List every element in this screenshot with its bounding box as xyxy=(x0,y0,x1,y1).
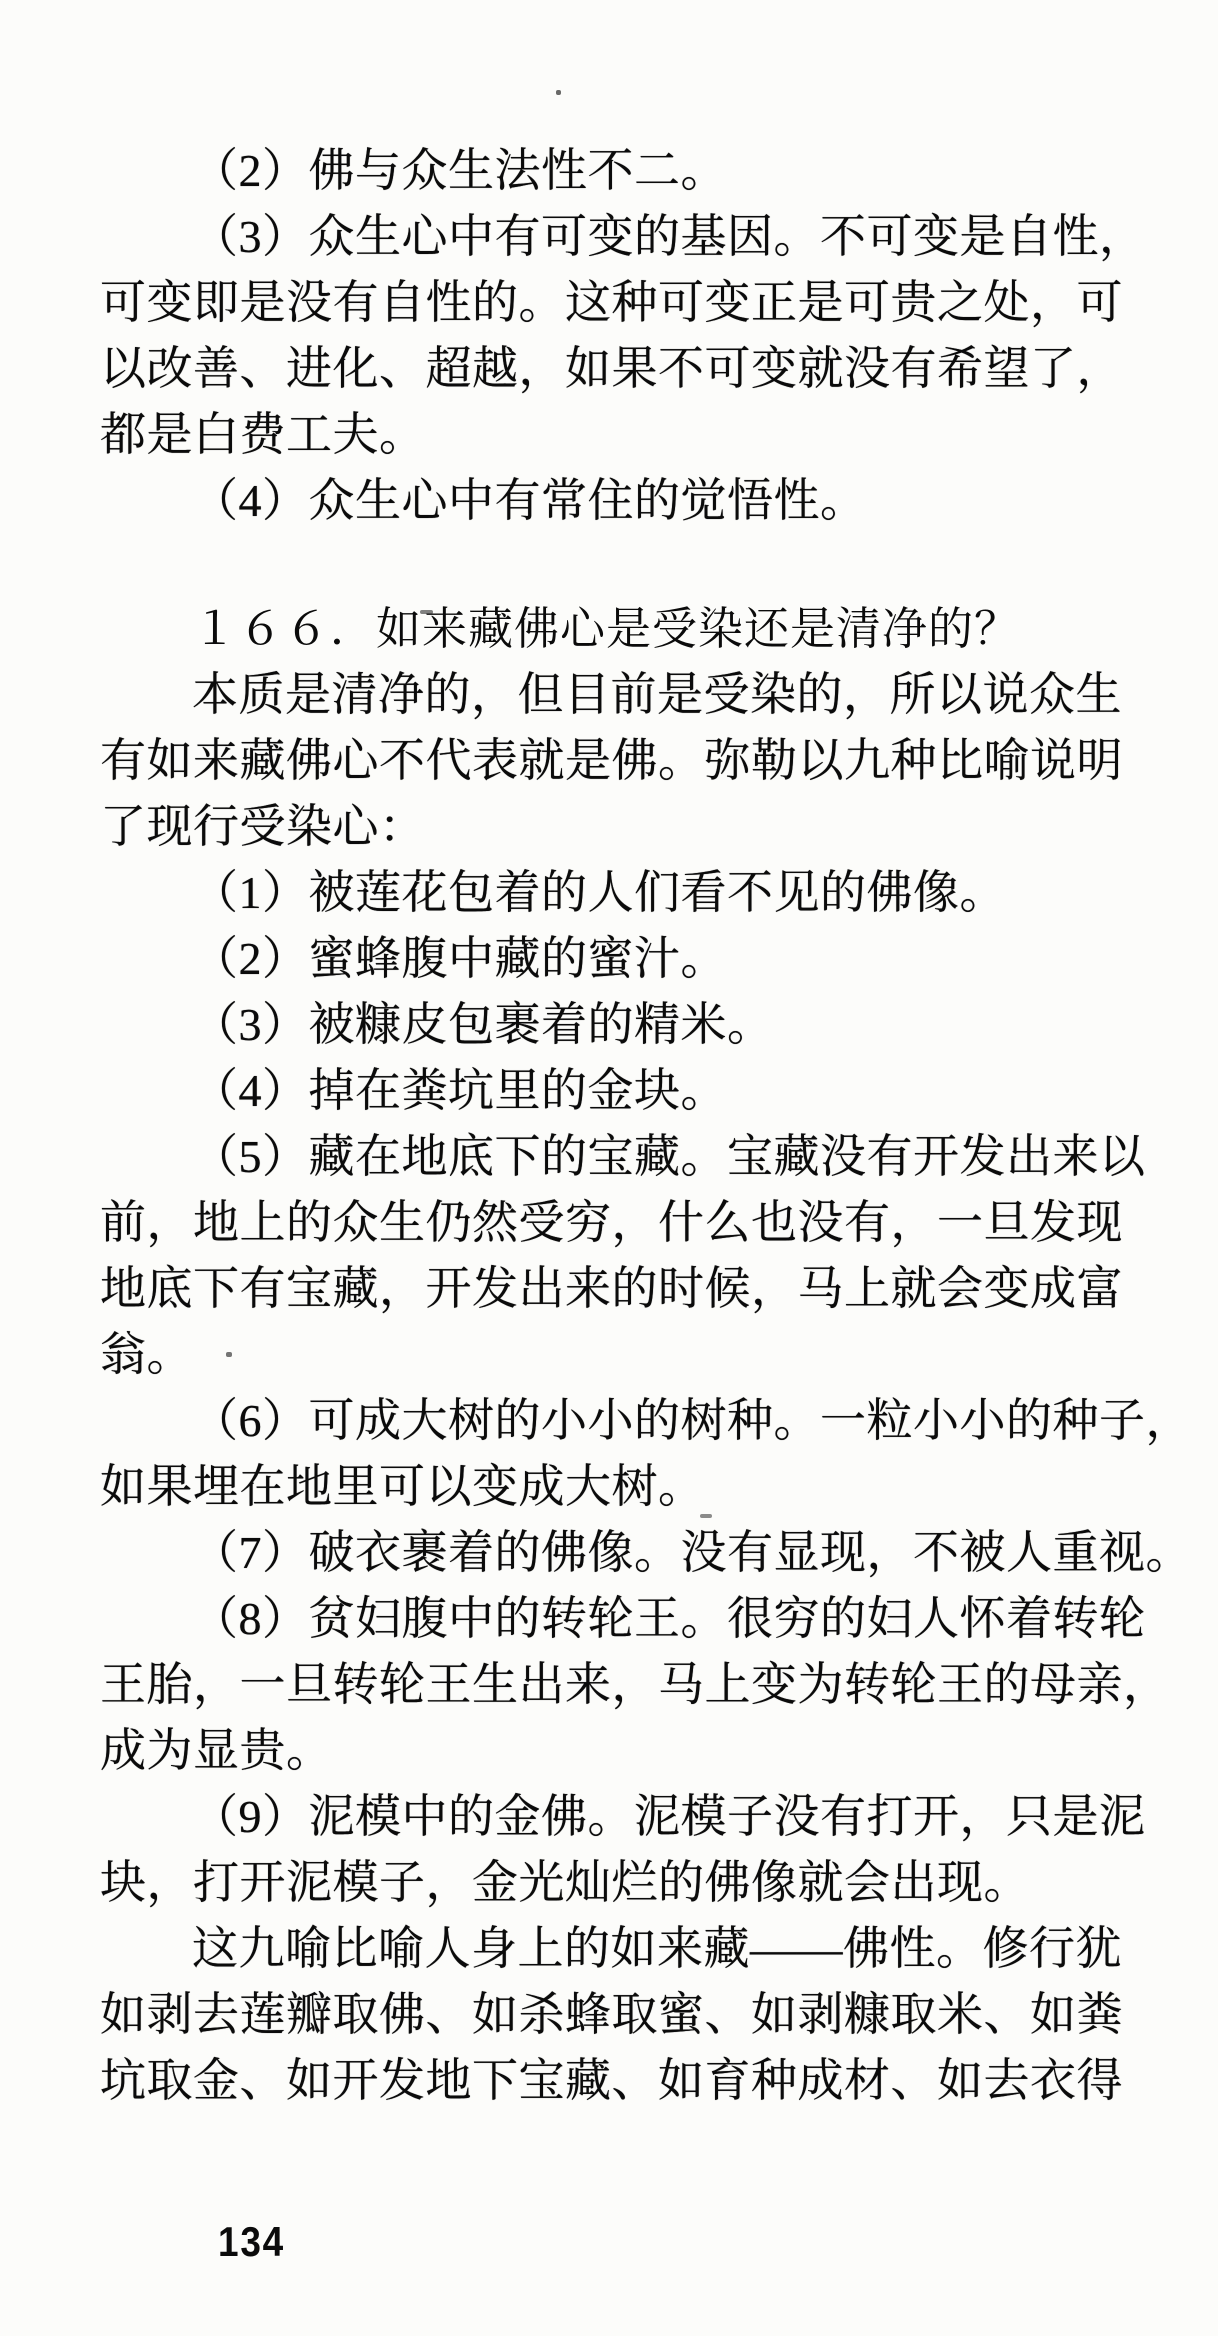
page-number: 134 xyxy=(218,2218,285,2266)
text-line: 块，打开泥模子，金光灿烂的佛像就会出现。 xyxy=(100,1850,1160,1916)
text-line: 如剥去莲瓣取佛、如杀蜂取蜜、如剥糠取米、如粪 xyxy=(100,1982,1160,2048)
text-line: （9）泥模中的金佛。泥模子没有打开，只是泥 xyxy=(100,1784,1160,1850)
text-line: 有如来藏佛心不代表就是佛。弥勒以九种比喻说明 xyxy=(100,728,1160,794)
text-line: 地底下有宝藏，开发出来的时候，马上就会变成富 xyxy=(100,1256,1160,1322)
text-line: （2）佛与众生法性不二。 xyxy=(100,138,1160,204)
section-heading: １６６．如来藏佛心是受染还是清净的？ xyxy=(100,596,1160,662)
text-line: （5）藏在地底下的宝藏。宝藏没有开发出来以 xyxy=(100,1124,1160,1190)
text-line: 王胎，一旦转轮王生出来，马上变为转轮王的母亲， xyxy=(100,1652,1160,1718)
scan-speck xyxy=(700,1514,712,1518)
scan-speck xyxy=(556,90,561,95)
text-line: 都是白费工夫。 xyxy=(100,402,1160,468)
text-line: 了现行受染心： xyxy=(100,794,1160,860)
text-line: （1）被莲花包着的人们看不见的佛像。 xyxy=(100,860,1160,926)
text-line: 这九喻比喻人身上的如来藏——佛性。修行犹 xyxy=(100,1916,1160,1982)
text-line: （2）蜜蜂腹中藏的蜜汁。 xyxy=(100,926,1160,992)
text-line: 可变即是没有自性的。这种可变正是可贵之处，可 xyxy=(100,270,1160,336)
text-line: 以改善、进化、超越，如果不可变就没有希望了， xyxy=(100,336,1160,402)
text-line: 成为显贵。 xyxy=(100,1718,1160,1784)
scan-speck xyxy=(226,1352,232,1357)
text-block: （2）佛与众生法性不二。（3）众生心中有可变的基因。不可变是自性，可变即是没有自… xyxy=(100,138,1160,2114)
text-line: 坑取金、如开发地下宝藏、如育种成材、如去衣得 xyxy=(100,2048,1160,2114)
text-line: （8）贫妇腹中的转轮王。很穷的妇人怀着转轮 xyxy=(100,1586,1160,1652)
text-line: （3）众生心中有可变的基因。不可变是自性， xyxy=(100,204,1160,270)
text-line: （6）可成大树的小小的树种。一粒小小的种子， xyxy=(100,1388,1160,1454)
text-line: 如果埋在地里可以变成大树。 xyxy=(100,1454,1160,1520)
text-line: （3）被糠皮包裹着的精米。 xyxy=(100,992,1160,1058)
text-line: （4）掉在粪坑里的金块。 xyxy=(100,1058,1160,1124)
scanned-book-page: （2）佛与众生法性不二。（3）众生心中有可变的基因。不可变是自性，可变即是没有自… xyxy=(0,0,1218,2336)
text-line: （7）破衣裹着的佛像。没有显现，不被人重视。 xyxy=(100,1520,1160,1586)
text-line: 前，地上的众生仍然受穷，什么也没有，一旦发现 xyxy=(100,1190,1160,1256)
text-line: （4）众生心中有常住的觉悟性。 xyxy=(100,468,1160,534)
scan-speck xyxy=(420,610,433,614)
text-line: 翁。 xyxy=(100,1322,1160,1388)
text-line: 本质是清净的，但目前是受染的，所以说众生 xyxy=(100,662,1160,728)
